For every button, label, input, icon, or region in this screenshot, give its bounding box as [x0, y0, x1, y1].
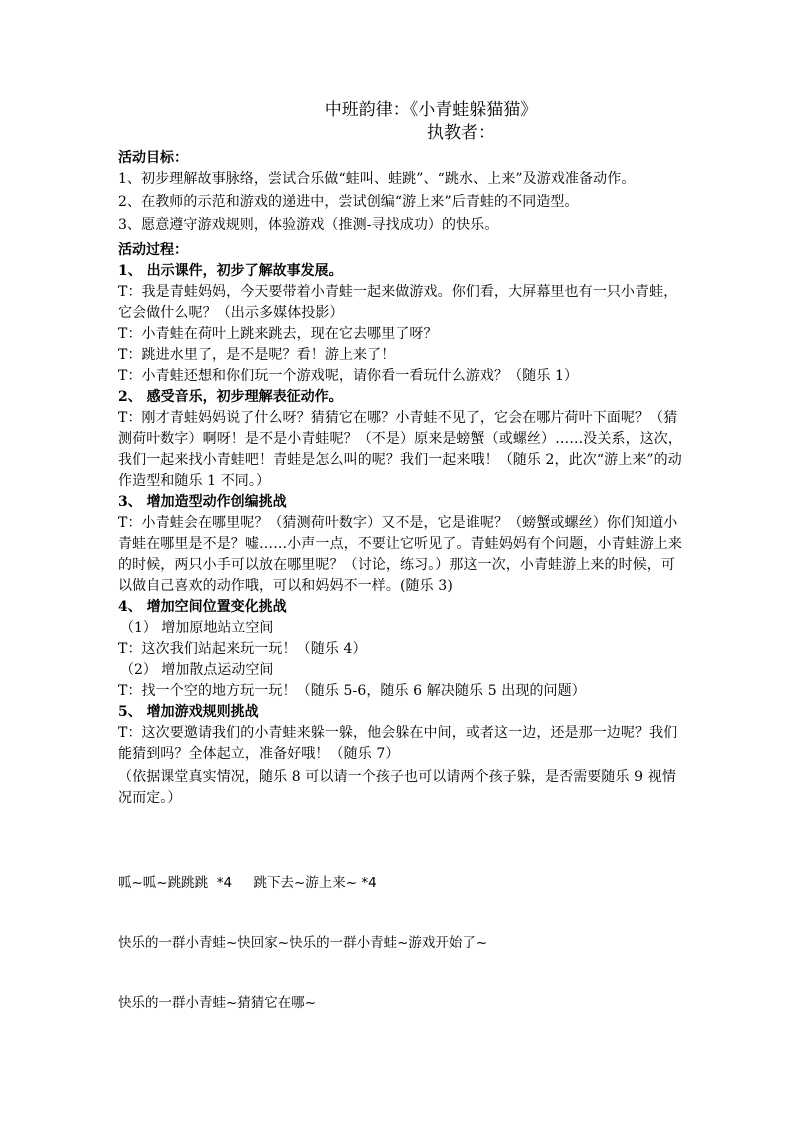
section-paragraph: T：跳进水里了，是不是呢？看！游上来了！ — [118, 345, 684, 366]
lyrics-line: 快乐的一群小青蛙~猜猜它在哪~ — [118, 993, 684, 1013]
goal-item: 2、在教师的示范和游戏的递进中，尝试创编“游上来”后青蛙的不同造型。 — [118, 192, 684, 213]
section-heading: 5、 增加游戏规则挑战 — [118, 702, 684, 723]
section-note: （依据课堂真实情况，随乐 8 可以请一个孩子也可以请两个孩子躲，是否需要随乐 9… — [118, 767, 684, 809]
process-heading: 活动过程： — [118, 240, 684, 261]
section-heading: 2、 感受音乐，初步理解表征动作。 — [118, 387, 684, 408]
lyrics-block: 呱~呱~跳跳跳 *4 跳下去~游上来~ *4 快乐的一群小青蛙~快回家~快乐的一… — [118, 833, 684, 1053]
section-paragraph: T：小青蛙还想和你们玩一个游戏呢，请你看一看玩什么游戏？（随乐 1） — [118, 366, 684, 387]
lyrics-line: 快乐的一群小青蛙~快回家~快乐的一群小青蛙~游戏开始了~ — [118, 933, 684, 953]
section-paragraph: T：小青蛙在荷叶上跳来跳去，现在它去哪里了呀？ — [118, 324, 684, 345]
section-paragraph: T：这次要邀请我们的小青蛙来躲一躲，他会躲在中间，或者这一边，还是那一边呢？我们… — [118, 723, 684, 765]
instructor-label: 执教者： — [118, 122, 684, 144]
goal-item: 1、初步理解故事脉络，尝试合乐做“蛙叫、蛙跳”、“跳水、上来”及游戏准备动作。 — [118, 169, 684, 190]
document-page: 中班韵律：《小青蛙躲猫猫》 执教者： 活动目标： 1、初步理解故事脉络，尝试合乐… — [118, 98, 684, 1053]
section-paragraph: T：小青蛙会在哪里呢？（猜测荷叶数字）又不是，它是谁呢？（螃蟹或螺丝）你们知道小… — [118, 513, 684, 597]
goal-item: 3、愿意遵守游戏规则，体验游戏（推测-寻找成功）的快乐。 — [118, 215, 684, 236]
document-title: 中班韵律：《小青蛙躲猫猫》 — [118, 98, 684, 122]
section-paragraph: T：刚才青蛙妈妈说了什么呀？猜猜它在哪？小青蛙不见了，它会在哪片荷叶下面呢？（猜… — [118, 408, 684, 492]
lyrics-line: 呱~呱~跳跳跳 *4 跳下去~游上来~ *4 — [118, 873, 684, 893]
section-paragraph: T：找一个空的地方玩一玩！（随乐 5-6，随乐 6 解决随乐 5 出现的问题） — [118, 681, 684, 702]
goals-heading: 活动目标： — [118, 148, 684, 169]
section-paragraph: T：我是青蛙妈妈，今天要带着小青蛙一起来做游戏。你们看，大屏幕里也有一只小青蛙，… — [118, 282, 684, 324]
section-heading: 4、 增加空间位置变化挑战 — [118, 597, 684, 618]
section-heading: 1、 出示课件，初步了解故事发展。 — [118, 261, 684, 282]
subsection-label: （2） 增加散点运动空间 — [118, 660, 684, 681]
section-paragraph: T：这次我们站起来玩一玩！（随乐 4） — [118, 639, 684, 660]
section-heading: 3、 增加造型动作创编挑战 — [118, 492, 684, 513]
subsection-label: （1） 增加原地站立空间 — [118, 618, 684, 639]
